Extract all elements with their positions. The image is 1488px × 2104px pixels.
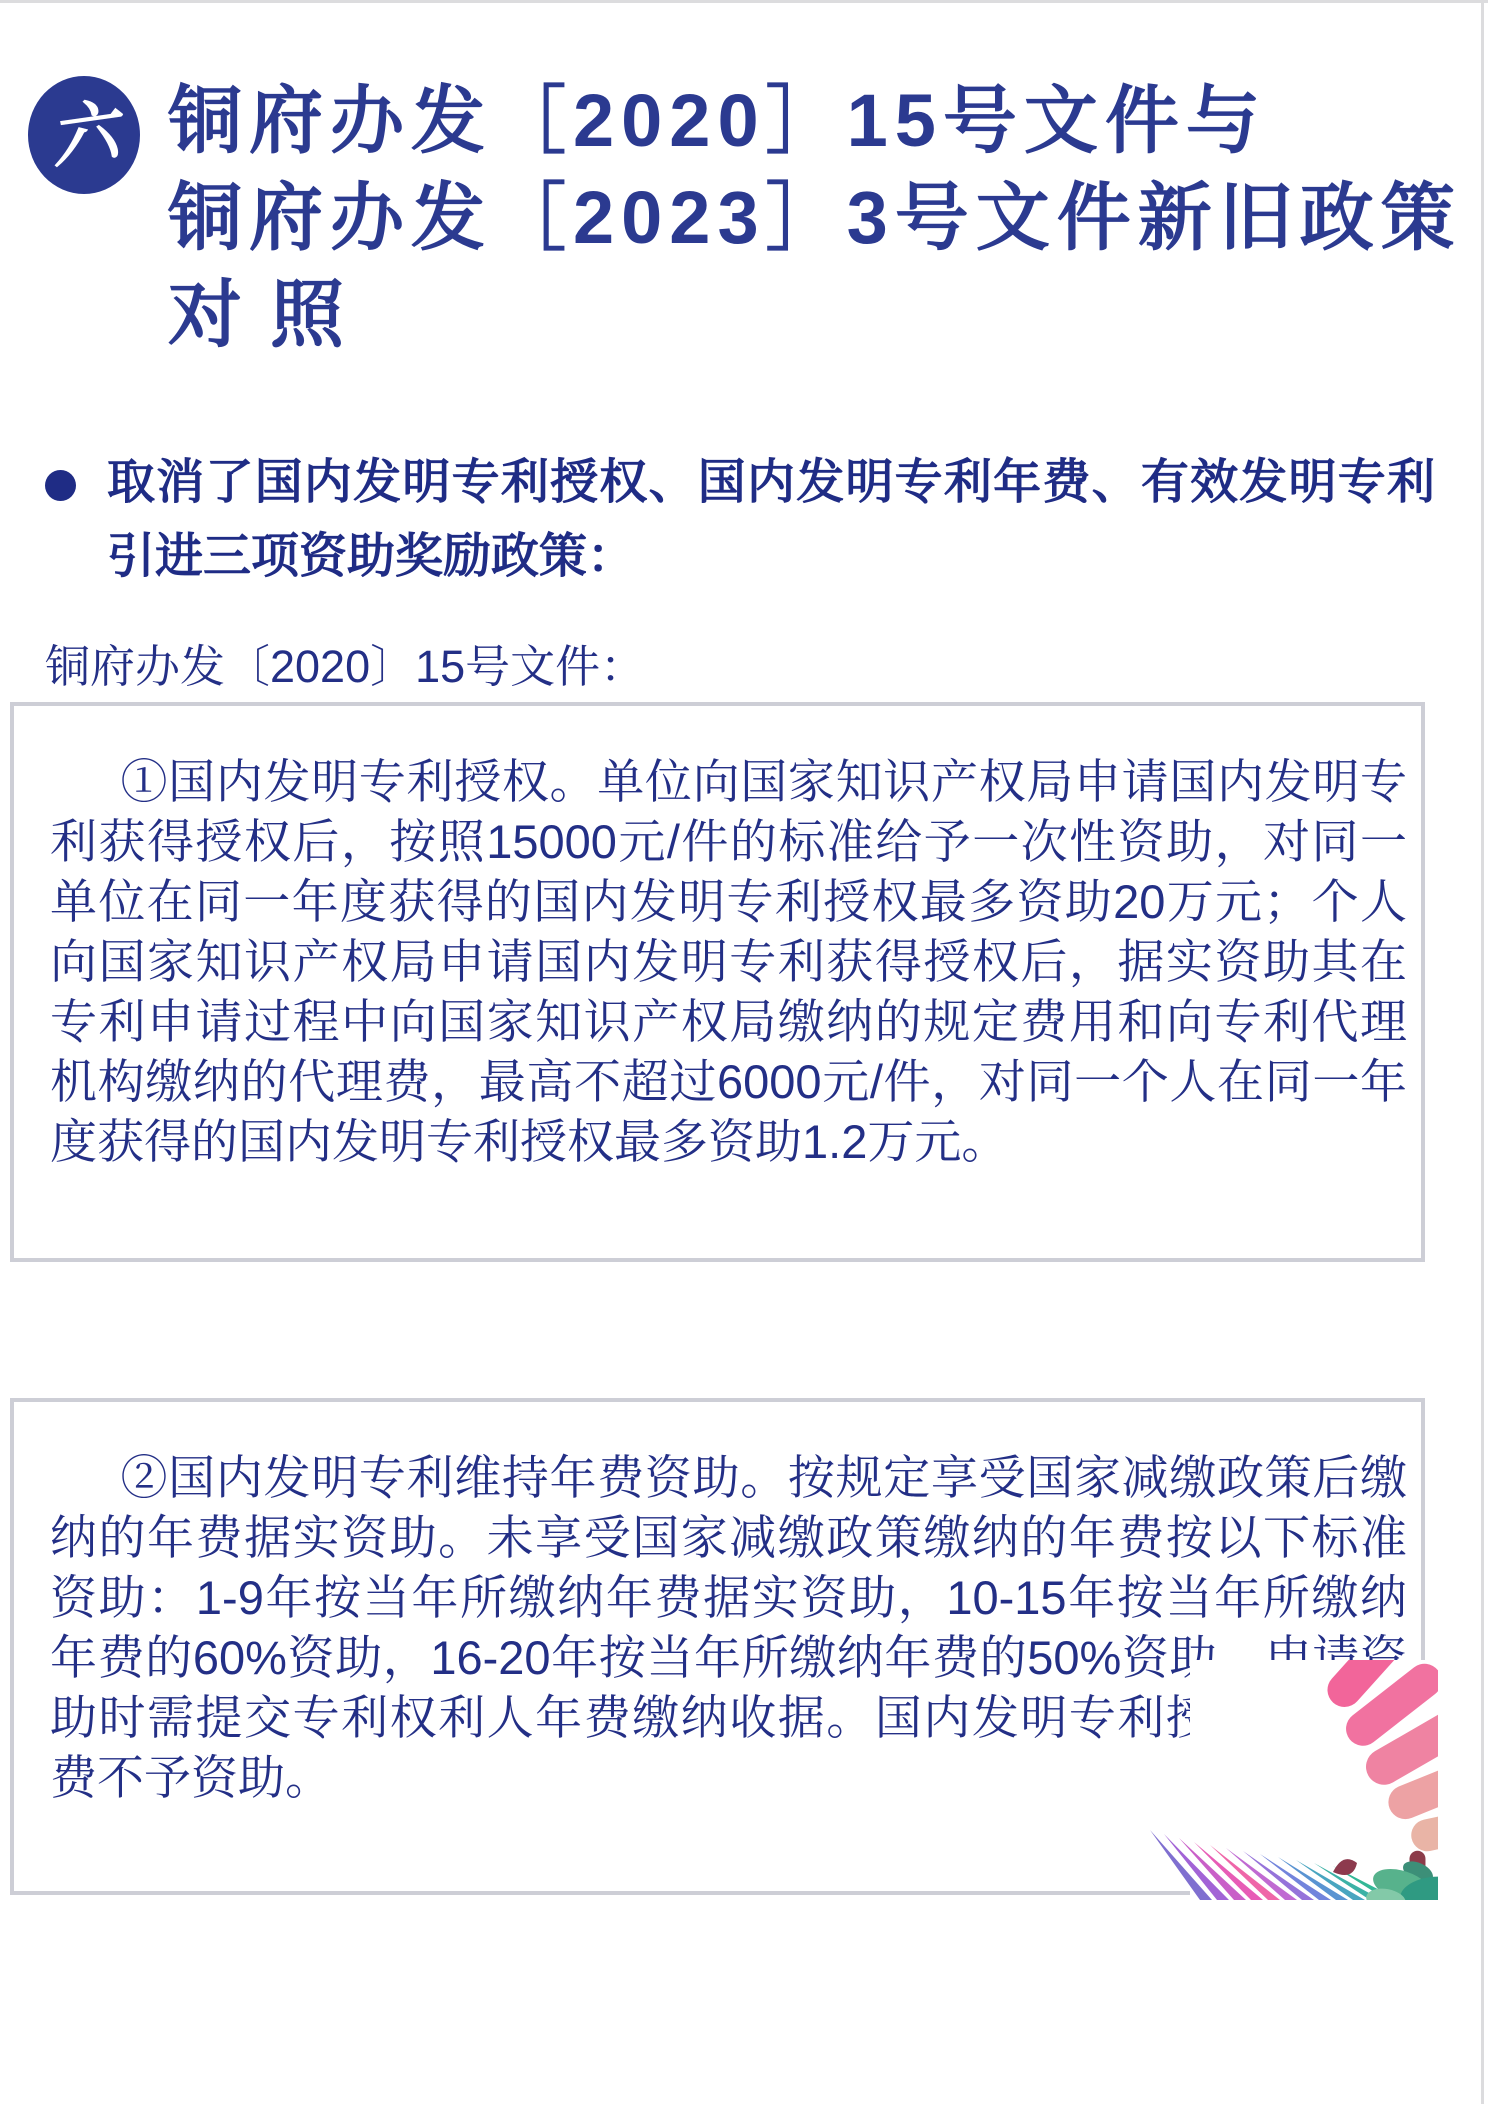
summary-text: 取消了国内发明专利授权、国内发明专利年费、有效发明专利引进三项资助奖励政策： xyxy=(107,446,1435,594)
page-title-line-2: 铜府办发［2023］3号文件新旧政策 xyxy=(168,169,1468,266)
page-title: 铜府办发［2020］15号文件与 铜府办发［2023］3号文件新旧政策 对照 xyxy=(168,72,1468,363)
document-label: 铜府办发〔2020〕15号文件： xyxy=(45,638,645,696)
policy-box-1-text: ①国内发明专利授权。单位向国家知识产权局申请国内发明专利获得授权后，按照1500… xyxy=(50,752,1407,1172)
section-number-badge: 六 xyxy=(28,76,140,194)
section-number-text: 六 xyxy=(46,97,123,174)
tropical-leaves-graphic xyxy=(1148,1660,1438,1900)
summary-section: 取消了国内发明专利授权、国内发明专利年费、有效发明专利引进三项资助奖励政策： xyxy=(45,446,1435,594)
page-right-edge-line xyxy=(1481,0,1484,2104)
document-page: 六 铜府办发［2020］15号文件与 铜府办发［2023］3号文件新旧政策 对照… xyxy=(0,0,1488,2104)
page-title-line-1: 铜府办发［2020］15号文件与 xyxy=(168,72,1468,169)
bullet-dot-icon xyxy=(45,470,76,501)
page-top-edge-line xyxy=(0,0,1488,3)
page-title-line-3: 对照 xyxy=(168,266,1468,363)
tropical-leaves-decoration xyxy=(1148,1660,1438,1900)
policy-box-1: ①国内发明专利授权。单位向国家知识产权局申请国内发明专利获得授权后，按照1500… xyxy=(10,702,1425,1262)
